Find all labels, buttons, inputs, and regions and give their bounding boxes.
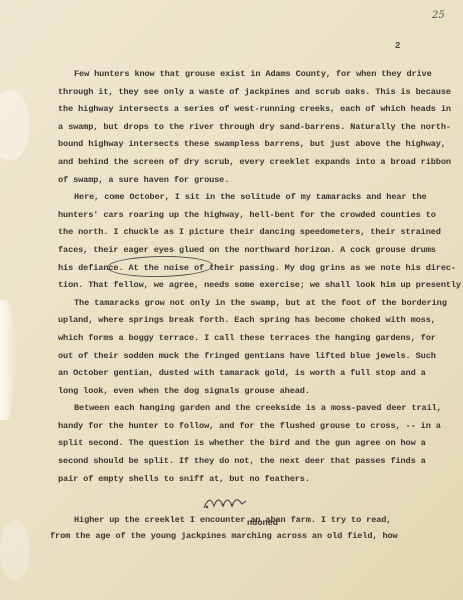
insertion-caret-mark: ⌄ [321, 244, 329, 255]
text-line: second should be split. If they do not, … [58, 453, 418, 471]
text-line: of swamp, a sure haven for grouse. [58, 172, 418, 190]
text-line: hunters' cars roaring up the highway, he… [58, 207, 418, 225]
text-line: the north. I chuckle as I picture their … [58, 224, 418, 242]
typed-page-number: 2 [395, 41, 400, 51]
text-line: Higher up the creeklet I encounter an ab… [58, 512, 418, 530]
text-line: an October gentian, dusted with tamarack… [58, 365, 418, 383]
text-line: a swamp, but drops to the river through … [58, 119, 418, 137]
paper-tear [0, 300, 14, 420]
text-line: The tamaracks grow not only in the swamp… [58, 295, 418, 313]
text-line: pair of empty shells to sniff at, but no… [58, 471, 418, 489]
text-line: tion. That fellow, we agree, needs some … [58, 277, 418, 295]
text-line: Between each hanging garden and the cree… [58, 400, 418, 418]
text-line: and behind the screen of dry scrub, ever… [58, 154, 418, 172]
text-line: split second. The question is whether th… [58, 435, 418, 453]
text-line: long look, even when the dog signals gro… [58, 383, 418, 401]
text-line: which forms a boggy terrace. I call thes… [58, 330, 418, 348]
text-line: faces, their eager eyes glued on the nor… [58, 242, 418, 260]
text-line: the highway intersects a series of west-… [58, 101, 418, 119]
text-line: bound highway intersects these swampless… [58, 136, 418, 154]
paper-stain [0, 90, 30, 160]
handwritten-page-number: 25 [432, 10, 445, 21]
paper-stain [0, 520, 30, 580]
typed-text-body: Few hunters know that grouse exist in Ad… [58, 66, 418, 543]
typed-insertion: ndoned [247, 518, 278, 528]
text-line: out of their sodden muck the fringed gen… [58, 348, 418, 366]
text-line: Here, come October, I sit in the solitud… [58, 189, 418, 207]
section-break-squiggle-mark [202, 496, 248, 512]
text-line: upland, where springs break forth. Each … [58, 312, 418, 330]
text-line: through it, they see only a waste of jac… [58, 84, 418, 102]
text-line: Few hunters know that grouse exist in Ad… [58, 66, 418, 84]
text-line: from the age of the young jackpines marc… [50, 530, 418, 543]
text-line: handy for the hunter to follow, and for … [58, 418, 418, 436]
